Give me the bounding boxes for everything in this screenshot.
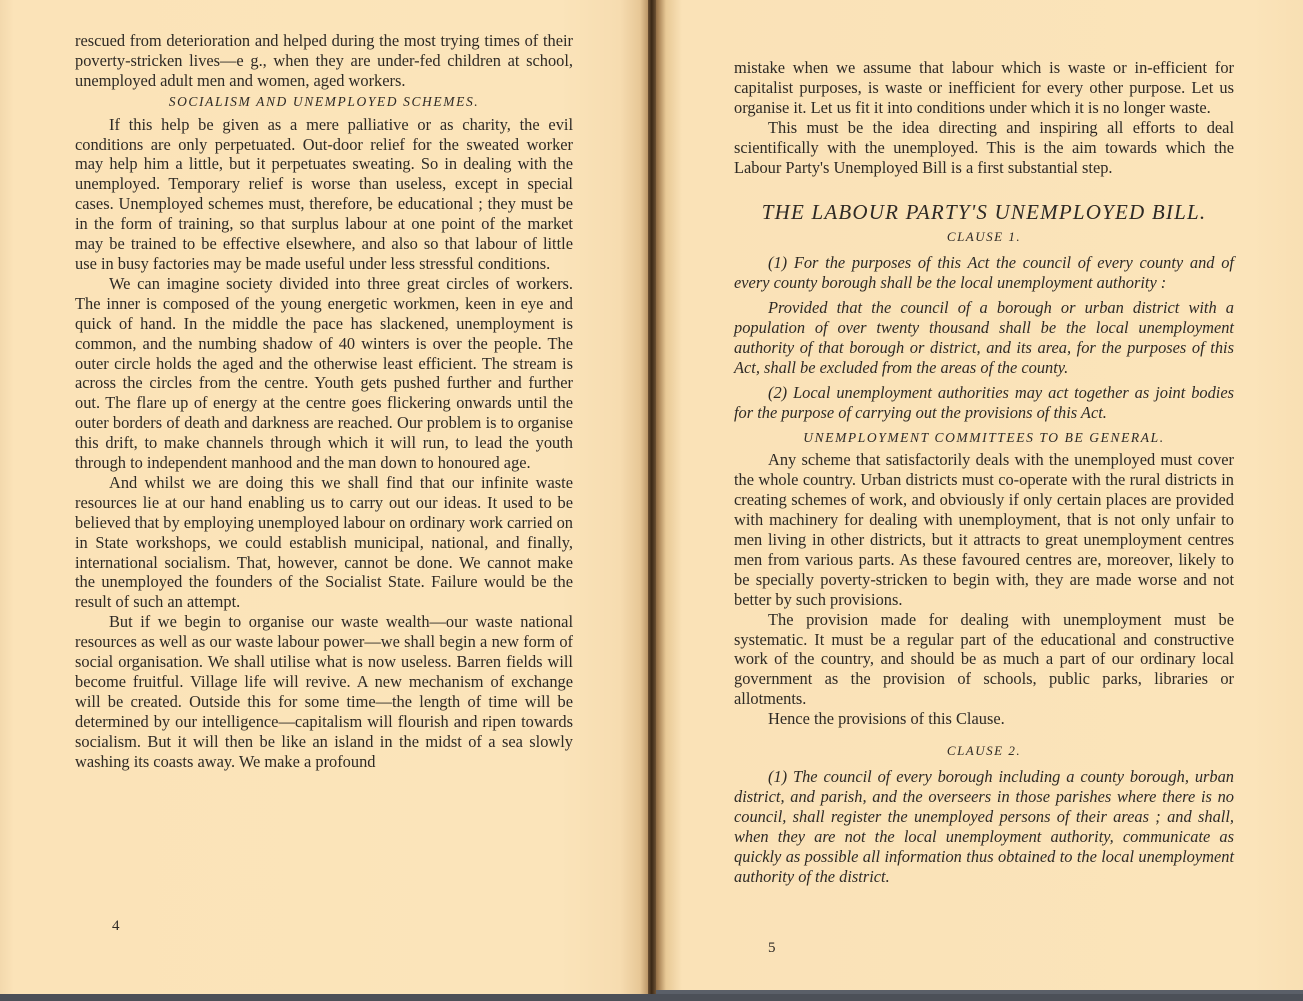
section-heading: UNEMPLOYMENT COMMITTEES TO BE GENERAL. [734, 428, 1234, 448]
paragraph: The provision made for dealing with unem… [734, 610, 1234, 710]
left-page: rescued from deterioration and helped du… [0, 0, 652, 995]
right-page-text: mistake when we assume that labour which… [734, 58, 1234, 891]
paragraph: rescued from deterioration and helped du… [75, 31, 573, 91]
paragraph: mistake when we assume that labour which… [734, 58, 1234, 118]
book-spread: rescued from deterioration and helped du… [0, 0, 1303, 1001]
page-number: 5 [768, 940, 776, 957]
paragraph: Hence the provisions of this Clause. [734, 709, 1234, 729]
paragraph: Any scheme that satisfactorily deals wit… [734, 450, 1234, 609]
clause-heading: CLAUSE 1. [734, 227, 1234, 247]
clause-paragraph: (1) For the purposes of this Act the cou… [734, 253, 1234, 293]
paragraph: If this help be given as a mere palliati… [75, 115, 573, 274]
clause-paragraph: (1) The council of every borough includi… [734, 767, 1234, 886]
section-heading: SOCIALISM AND UNEMPLOYED SCHEMES. [75, 92, 573, 112]
paragraph: But if we begin to organise our waste we… [75, 612, 573, 771]
scan-bottom-edge [0, 994, 1303, 1001]
clause-paragraph: (2) Local unemployment authorities may a… [734, 383, 1234, 423]
bill-title: THE LABOUR PARTY'S UNEMPLOYED BILL. [734, 203, 1234, 223]
book-gutter [648, 0, 656, 1001]
paragraph: We can imagine society divided into thre… [75, 274, 573, 473]
paragraph: This must be the idea directing and insp… [734, 118, 1234, 178]
paragraph: And whilst we are doing this we shall fi… [75, 473, 573, 612]
page-number: 4 [112, 918, 120, 935]
clause-paragraph: Provided that the council of a borough o… [734, 298, 1234, 378]
left-page-text: rescued from deterioration and helped du… [75, 31, 573, 772]
right-page: mistake when we assume that labour which… [652, 0, 1303, 990]
clause-heading: CLAUSE 2. [734, 741, 1234, 761]
